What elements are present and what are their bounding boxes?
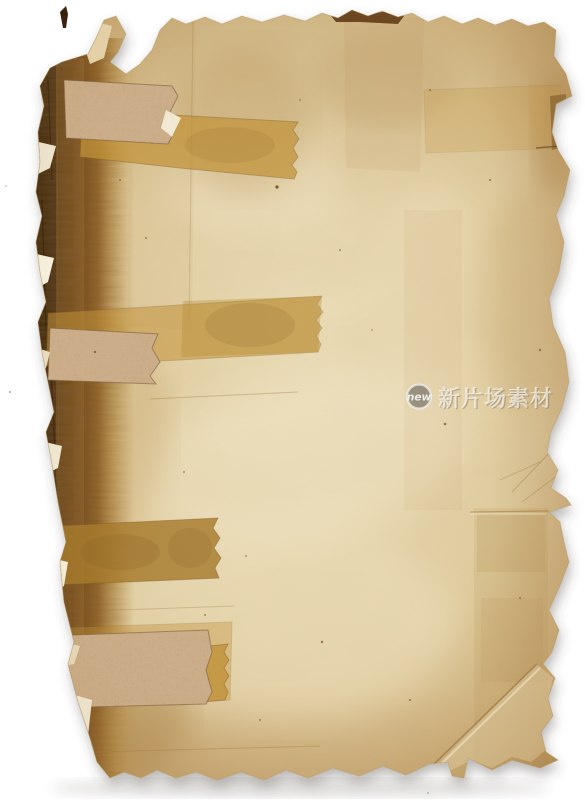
old-paper-photo: new 新片场素材 新片场素材	[0, 0, 585, 800]
stock-photo-canvas: new 新片场素材 新片场素材	[0, 0, 585, 800]
watermark-badge-label: new	[407, 392, 432, 404]
paper-ground-shadow	[50, 779, 550, 797]
watermark-text: 新片场素材	[438, 386, 553, 412]
dust-speck	[9, 391, 11, 393]
dust-speck	[5, 185, 7, 187]
